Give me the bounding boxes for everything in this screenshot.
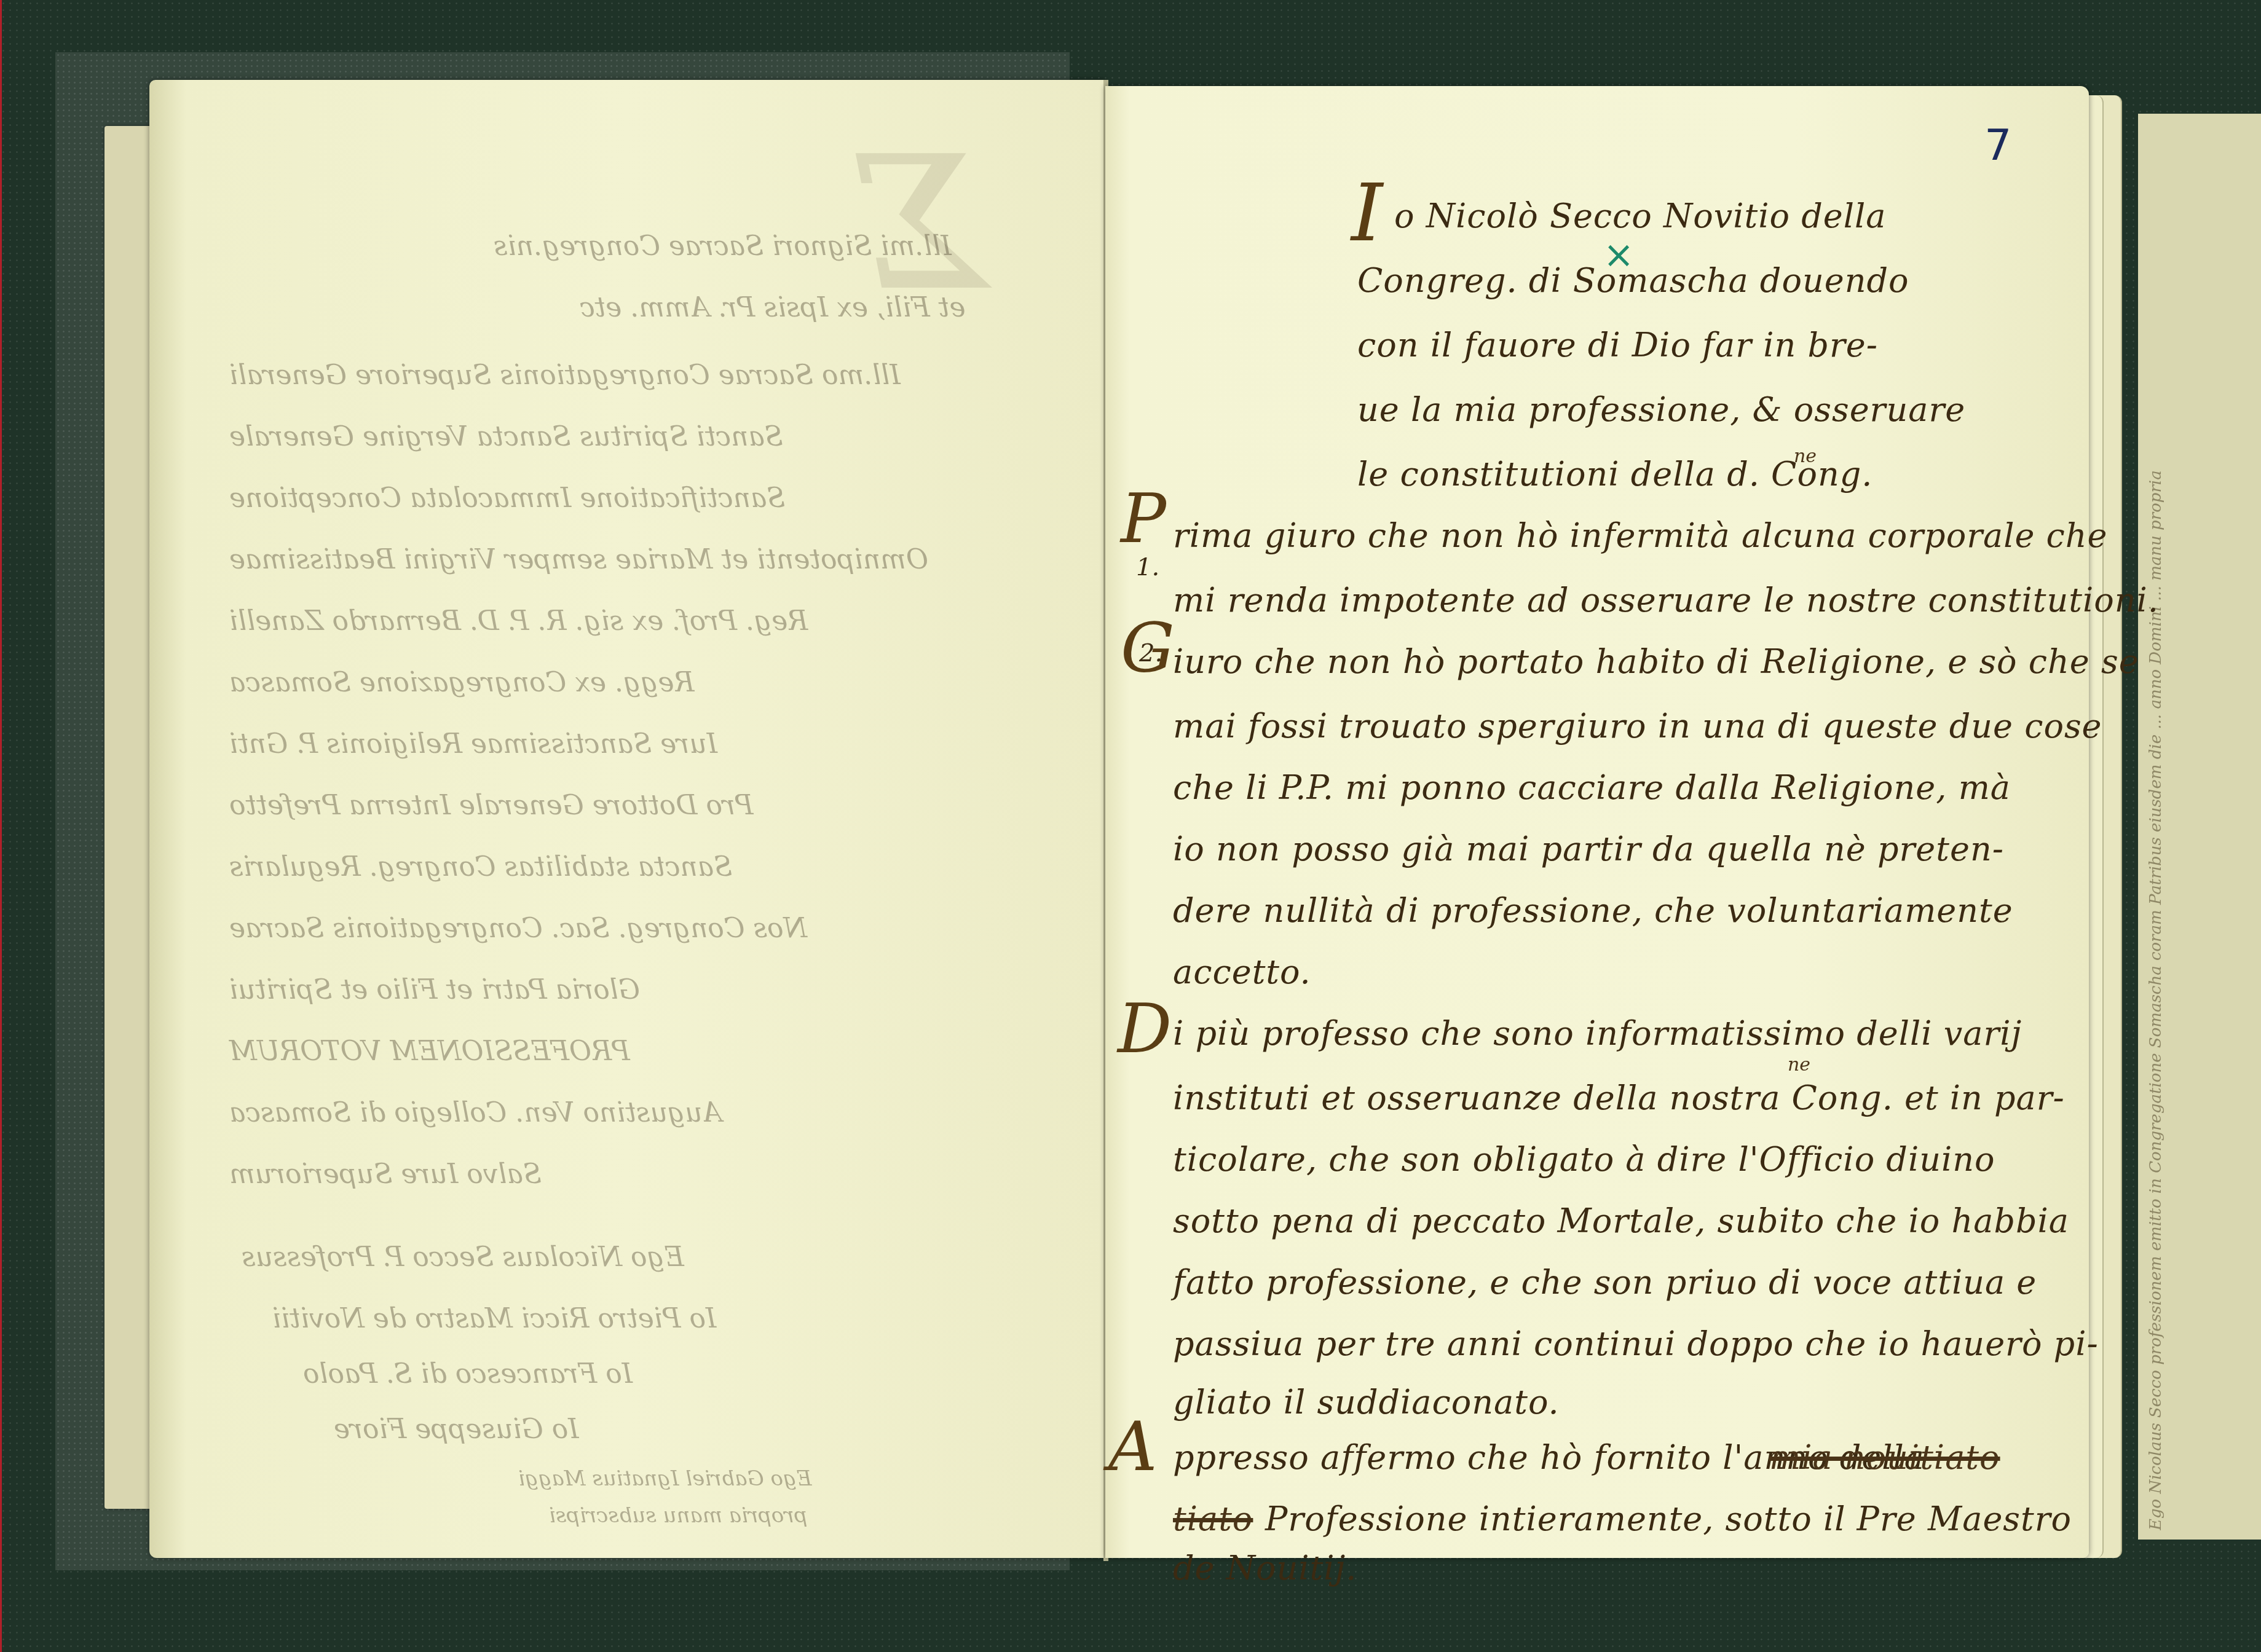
text-line: ticolare, che son obligato à dire l'Offi… (1173, 1140, 1995, 1179)
text-line: rima giuro che non hò infermità alcuna c… (1173, 516, 2108, 555)
text-line: fatto professione, e che son priuo di vo… (1173, 1263, 2037, 1302)
text-line: che li P.P. mi ponno cacciare dalla Reli… (1173, 768, 2011, 807)
text-line: Professione intieramente, sotto il Pre M… (1265, 1500, 2072, 1538)
heading-line: ue la mia professione, & osseruare (1357, 390, 1965, 429)
superscript: ne (1794, 446, 1817, 467)
ghost-line: Iure Sanctissimae Religionis P. Gnti (229, 710, 717, 779)
ghost-line: Sancta stabilitas Congreg. Regularis (229, 833, 732, 902)
text-line: io non posso già mai partir da quella nè… (1173, 830, 2004, 868)
ghost-line: PROFESSIONEM VOTORUM (229, 1017, 630, 1086)
ghost-line: Salvo Iure Superiorum (229, 1140, 542, 1209)
heading-line: o Nicolò Secco Novitio della (1394, 197, 1886, 235)
ghost-line: Pro Dottore Generale Interna Prefetto (229, 771, 754, 840)
text-line: accetto. (1173, 953, 1311, 991)
struck-text: mia nouitiato (1769, 1438, 2000, 1477)
left-page: Ʃ Ill.mi Signori Sacrae Congreg.nis et F… (149, 80, 1105, 1558)
text-line: de Nouitij. (1173, 1549, 1357, 1587)
superscript: ne (1788, 1054, 1810, 1076)
text-line: gliato il suddiaconato. (1173, 1383, 1560, 1422)
marginal-number: 2. (1139, 639, 1162, 667)
text-line: dere nullità di professione, che volunta… (1173, 891, 2013, 930)
ghost-line: Regg. ex Congregazione Somasca (229, 648, 695, 717)
ghost-line: Omnipotenti et Mariae semper Virgini Bea… (229, 525, 928, 594)
ghost-line: Reg. Prof. ex sig. R. P. D. Bernardo Zan… (229, 587, 808, 656)
text-line: instituti et osseruanze della nostra Con… (1173, 1079, 2065, 1117)
paragraph-initial: P (1121, 479, 1166, 558)
heading-line: Congreg. di Somascha douendo (1357, 261, 1909, 300)
paragraph-initial: A (1108, 1407, 1157, 1486)
ghost-line: propria manu subscripsi (549, 1481, 807, 1550)
text-line: passiua per tre anni continui doppo che … (1173, 1324, 2099, 1363)
text-line: iuro che non hò portato habito di Religi… (1173, 642, 2139, 681)
ghost-line: et Fili, ex Ipsis Pr. Amm. etc (580, 273, 965, 342)
struck-text: tiato (1173, 1500, 1253, 1538)
page-number: 7 (1984, 120, 2012, 170)
text-line: mai fossi trouato spergiuro in una di qu… (1173, 707, 2102, 745)
ghost-line: Sanctificatione Immacolata Conceptione (229, 464, 785, 533)
ghost-line: Ill.mo Sacrae Congregationis Superiore G… (229, 341, 901, 410)
edge-strip (0, 0, 2, 1652)
ghost-line: Gloria Patri et Filio et Spiritui (229, 956, 640, 1025)
ghost-line: Sancti Spiritus Sancta Vergine Generale (229, 403, 783, 471)
text-line: sotto pena di peccato Mortale, subito ch… (1173, 1202, 2069, 1240)
right-page: 7 I o Nicolò Secco Novitio della × Congr… (1105, 86, 2089, 1558)
marginal-number: 1. (1136, 553, 1159, 581)
ghost-line: Ego Nicolaus Secco P. Professus (242, 1223, 684, 1292)
heading-initial: I (1351, 166, 1383, 259)
heading-line: con il fauore di Dio far in bre- (1357, 326, 1878, 364)
ghost-line: Nos Congreg. Sac. Congregationis Sacrae (229, 894, 807, 963)
text-line: mi renda impotente ad osseruare le nostr… (1173, 581, 2159, 619)
adjacent-document-text: Ego Nicolaus Secco professionem emitto i… (2145, 123, 2256, 1530)
text-line: i più professo che sono informatissimo d… (1173, 1014, 2022, 1053)
paragraph-initial: D (1118, 989, 1172, 1068)
ghost-line: Ill.mi Signori Sacrae Congreg.nis (494, 212, 952, 281)
ghost-line: Augustino Ven. Collegio di Somasca (229, 1079, 722, 1147)
